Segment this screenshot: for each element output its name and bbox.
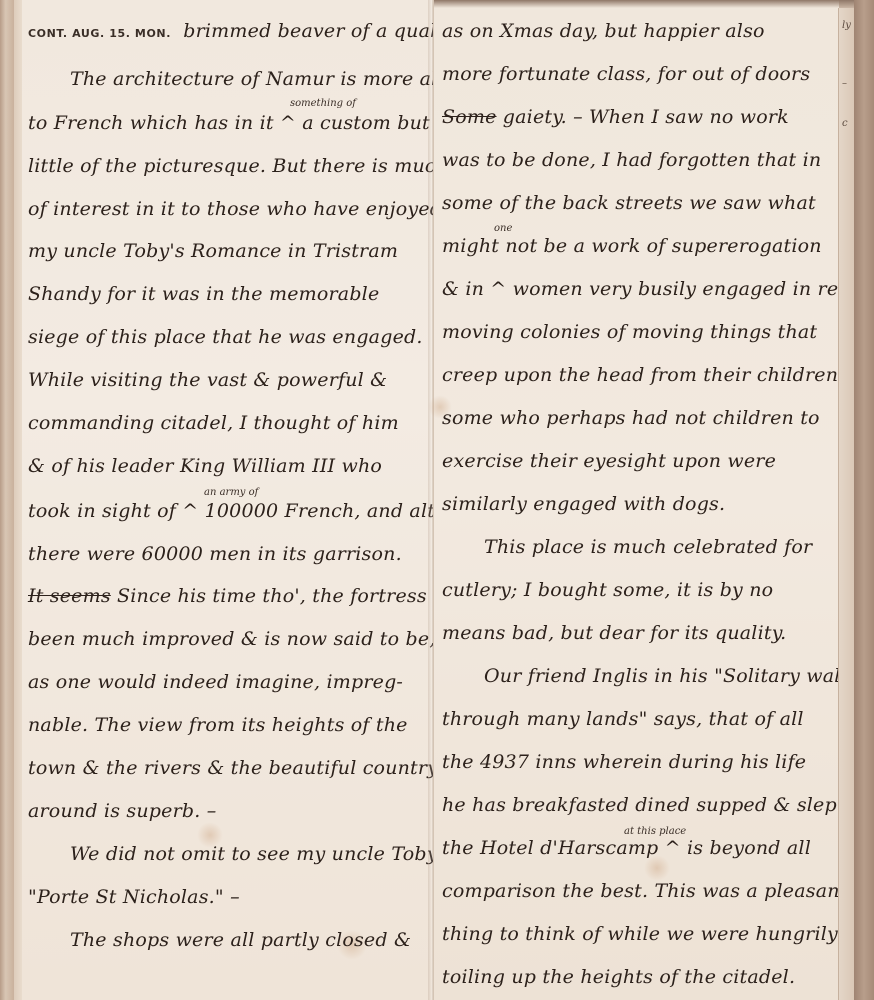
text-line: This place is much celebrated for	[442, 536, 812, 558]
text-line: been much improved & is now said to be,	[28, 628, 436, 650]
text-line: comparison the best. This was a pleasant	[442, 880, 848, 902]
right-page: as on Xmas day, but happier also more fo…	[433, 0, 839, 1000]
text-line: the 4937 inns wherein during his life	[442, 751, 806, 773]
margin-mark: –	[842, 78, 847, 89]
text-line: as on Xmas day, but happier also	[442, 20, 765, 42]
text-line: the Hotel d'Harscamp ^ is beyond all	[442, 837, 811, 859]
text-line: & of his leader King William III who	[28, 455, 382, 477]
page-top-shadow	[434, 0, 855, 8]
struck-text: Some	[442, 106, 497, 128]
text-line: gaiety. – When I saw no work	[503, 106, 789, 128]
text-line: little of the picturesque. But there is …	[28, 155, 448, 177]
struck-text: It seems	[28, 585, 111, 607]
interlinear-insertion: one	[494, 223, 512, 234]
text-line: "Porte St Nicholas." –	[28, 886, 240, 908]
text-line: The architecture of Namur is more akin	[28, 68, 462, 90]
text-line: nable. The view from its heights of the	[28, 714, 408, 736]
entry-date-header: CONT. AUG. 15. MON.	[28, 27, 171, 40]
margin-mark: ly	[842, 20, 851, 31]
text-line: While visiting the vast & powerful &	[28, 369, 387, 391]
text-line: some who perhaps had not children to	[442, 407, 820, 429]
text-line: commanding citadel, I thought of him	[28, 412, 399, 434]
text-line: Our friend Inglis in his "Solitary walks	[442, 665, 862, 687]
text-line: was to be done, I had forgotten that in	[442, 149, 821, 171]
text-line: The shops were all partly closed &	[28, 929, 411, 951]
book-binding-edge	[854, 0, 874, 1000]
text-line: some of the back streets we saw what	[442, 192, 816, 214]
text-line: took in sight of ^ 100000 French, and al…	[28, 500, 465, 522]
text-line: & in ^ women very busily engaged in re-	[442, 278, 845, 300]
text-line: siege of this place that he was engaged.	[28, 326, 423, 348]
text-line: he has breakfasted dined supped & slept,	[442, 794, 851, 816]
text-line-with-strikethrough: It seems Since his time tho', the fortre…	[28, 585, 467, 607]
text-line: around is superb. –	[28, 800, 216, 822]
text-line: Since his time tho', the fortress has	[117, 585, 467, 607]
text-line: creep upon the head from their children;	[442, 364, 845, 386]
text-line: We did not omit to see my uncle Toby's	[28, 843, 453, 865]
text-line: town & the rivers & the beautiful countr…	[28, 757, 438, 779]
text-line: toiling up the heights of the citadel.	[442, 966, 795, 988]
text-line: of interest in it to those who have enjo…	[28, 198, 442, 220]
text-line: there were 60000 men in its garrison.	[28, 543, 402, 565]
page-stack-right-edge: ly – c	[838, 8, 855, 1000]
interlinear-insertion: at this place	[624, 826, 686, 837]
text-line: similarly engaged with dogs.	[442, 493, 725, 515]
text-line: cutlery; I bought some, it is by no	[442, 579, 773, 601]
text-line: moving colonies of moving things that	[442, 321, 817, 343]
text-line: exercise their eyesight upon were	[442, 450, 776, 472]
text-line: more fortunate class, for out of doors	[442, 63, 810, 85]
interlinear-insertion: an army of	[204, 487, 258, 498]
text-line-with-strikethrough: Some gaiety. – When I saw no work	[442, 106, 789, 128]
entry-header-line: CONT. AUG. 15. MON. brimmed beaver of a …	[28, 20, 476, 42]
page-stack-left-edge	[0, 0, 14, 1000]
text-line: through many lands" says, that of all	[442, 708, 804, 730]
text-line: might not be a work of supererogation	[442, 235, 822, 257]
text-line: as one would indeed imagine, impreg-	[28, 671, 403, 693]
text-line: means bad, but dear for its quality.	[442, 622, 786, 644]
journal-spread: CONT. AUG. 15. MON. brimmed beaver of a …	[0, 0, 874, 1000]
interlinear-insertion: something of	[290, 98, 356, 109]
text-line: to French which has in it ^ a custom but	[28, 112, 430, 134]
text-line: thing to think of while we were hungrily	[442, 923, 838, 945]
text-line: my uncle Toby's Romance in Tristram	[28, 240, 398, 262]
margin-mark: c	[842, 118, 848, 129]
left-page: CONT. AUG. 15. MON. brimmed beaver of a …	[22, 0, 433, 1000]
text-line: Shandy for it was in the memorable	[28, 283, 379, 305]
